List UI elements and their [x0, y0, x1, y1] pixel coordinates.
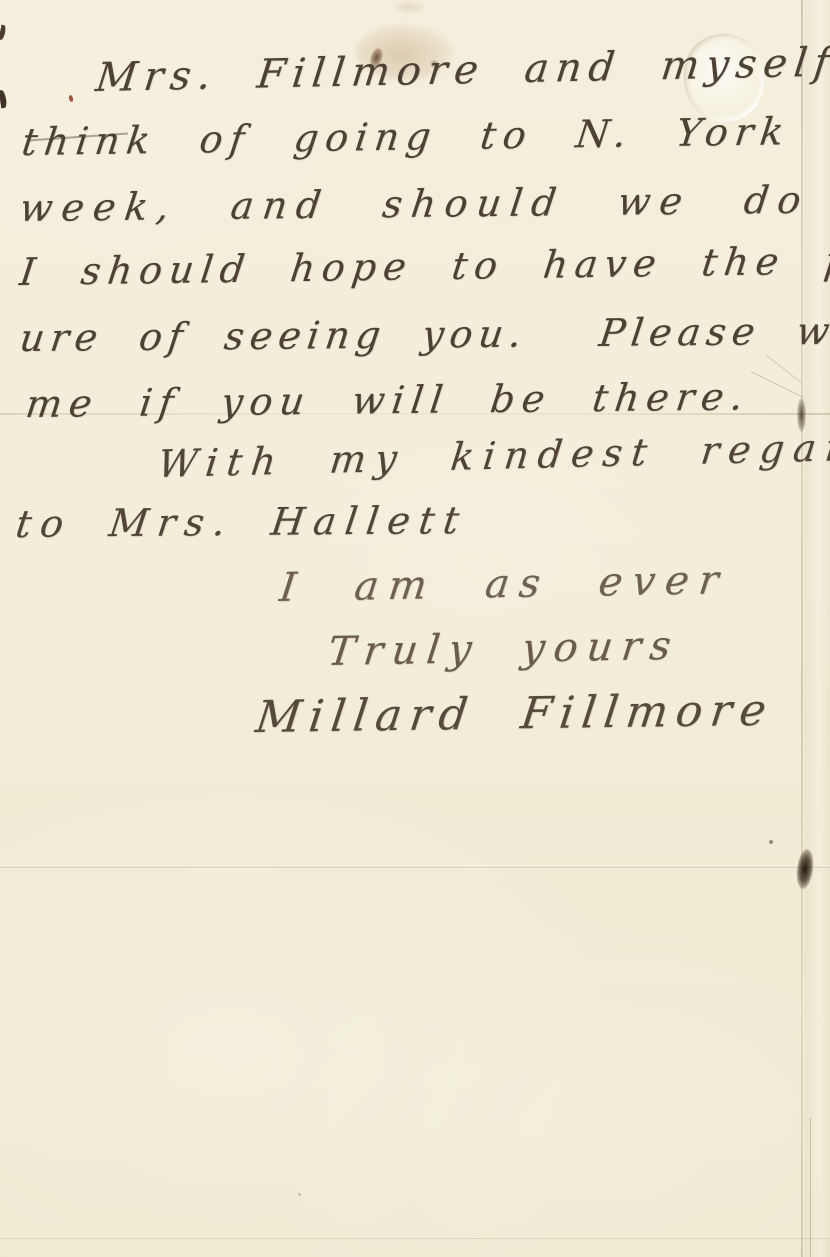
- dust-speck: [298, 1193, 301, 1196]
- horizontal-fold-crease: [0, 865, 830, 868]
- letter-line-5: ure of seeing you. Please write: [17, 310, 830, 360]
- letter-line-10-valediction: Truly yours: [325, 624, 682, 674]
- left-edge-mark: [0, 90, 7, 109]
- red-speck: [68, 95, 74, 103]
- brown-stain-faint: [392, 0, 426, 14]
- letter-line-2: think of going to N. York next: [19, 109, 830, 164]
- letter-line-7-regards: With my kindest regards: [156, 426, 830, 486]
- wrinkle-line: [750, 371, 803, 398]
- page-edge-line: [810, 1118, 811, 1257]
- letter-line-9-closing: I am as ever: [277, 558, 731, 610]
- left-edge-mark: [0, 25, 7, 41]
- letter-page: Mrs. Fillmore and myself think of going …: [0, 0, 830, 1257]
- letter-line-8-recipient: to Mrs. Hallett: [13, 500, 470, 546]
- signature: Millard Fillmore: [253, 687, 777, 743]
- bottom-edge-line: [0, 1238, 830, 1239]
- letter-line-4: I should hope to have the pleas: [17, 239, 830, 294]
- letter-line-3: week, and should we do so: [17, 179, 830, 230]
- letter-line-6: me if you will be there.: [23, 376, 752, 425]
- ink-speck: [769, 840, 773, 844]
